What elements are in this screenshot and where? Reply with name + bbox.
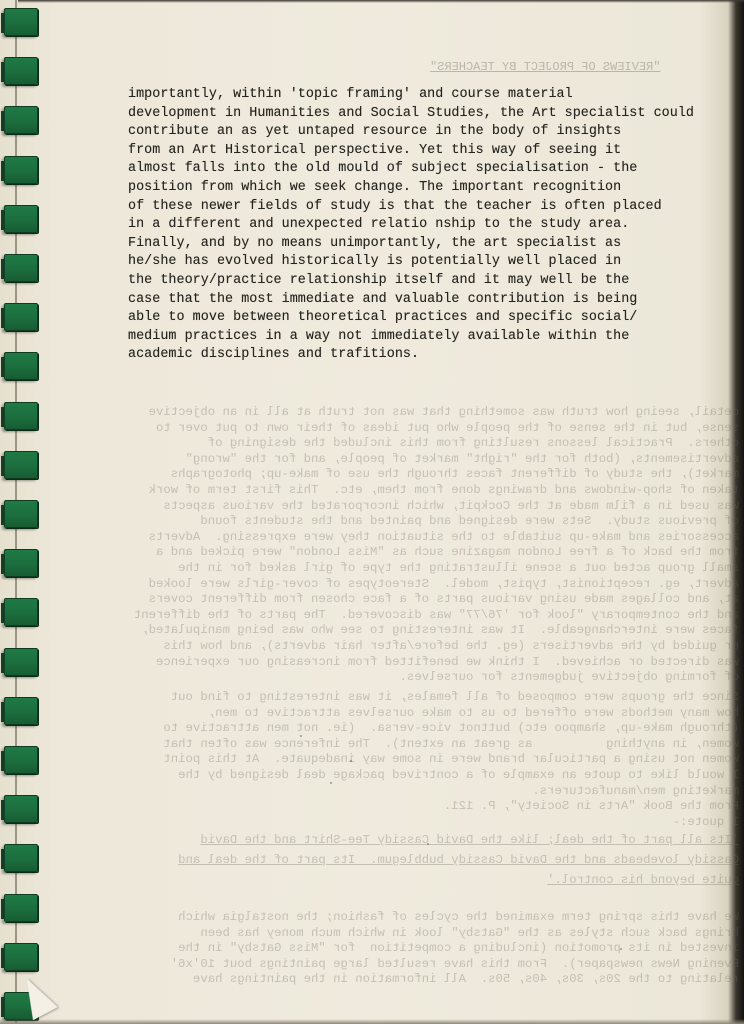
comb-binding-tab bbox=[4, 500, 38, 528]
text-line: in a different and unexpected relatio ns… bbox=[128, 216, 694, 235]
typewritten-paragraph: importantly, within 'topic framing' and … bbox=[128, 86, 694, 365]
show-through-block-1: detail, seeing how truth was something t… bbox=[134, 405, 739, 686]
document-page: "REVIEWS OF PROJECT BY TEACHERS" detail,… bbox=[0, 0, 744, 1024]
ink-speck bbox=[620, 948, 622, 950]
comb-binding-tab bbox=[4, 106, 38, 134]
text-line: importantly, within 'topic framing' and … bbox=[128, 86, 694, 105]
text-line: he/she has evolved historically is poten… bbox=[128, 253, 694, 272]
comb-binding-tab bbox=[4, 894, 38, 922]
comb-binding bbox=[0, 0, 40, 1024]
comb-binding-tab bbox=[4, 746, 38, 774]
text-line: case that the most immediate and valuabl… bbox=[128, 291, 694, 310]
comb-binding-tab bbox=[4, 156, 38, 184]
page-bottom-shadow bbox=[0, 1019, 744, 1024]
comb-binding-tab bbox=[4, 598, 38, 626]
text-line: academic disciplines and trafitions. bbox=[128, 346, 694, 365]
ink-speck bbox=[300, 735, 302, 737]
show-through-block-2: Since the groups were composed of all fe… bbox=[163, 690, 739, 830]
comb-binding-tab bbox=[4, 254, 38, 282]
comb-binding-tab bbox=[4, 549, 38, 577]
comb-binding-tab bbox=[4, 795, 38, 823]
show-through-header: "REVIEWS OF PROJECT BY TEACHERS" bbox=[430, 60, 660, 74]
text-line: of these newer fields of study is that t… bbox=[128, 198, 694, 217]
comb-binding-tab bbox=[4, 648, 38, 676]
comb-binding-tab bbox=[4, 57, 38, 85]
ink-speck bbox=[427, 843, 429, 845]
text-line: Finally, and by no means unimportantly, … bbox=[128, 235, 694, 254]
show-through-block-3: We have this spring term examined the cy… bbox=[171, 910, 739, 988]
comb-binding-tab bbox=[4, 402, 38, 430]
comb-binding-tab bbox=[4, 8, 38, 36]
text-line: development in Humanities and Social Stu… bbox=[128, 105, 694, 124]
text-line: contribute an as yet untaped resource in… bbox=[128, 123, 694, 142]
comb-binding-tab bbox=[4, 943, 38, 971]
comb-binding-tab bbox=[4, 697, 38, 725]
comb-binding-tab bbox=[4, 352, 38, 380]
show-through-quote: 'Its all part of the deal; like the Davi… bbox=[178, 830, 739, 890]
text-line: the theory/practice relationship itself … bbox=[128, 272, 694, 291]
comb-binding-tab bbox=[4, 205, 38, 233]
comb-binding-tab bbox=[4, 451, 38, 479]
text-line: almost falls into the old mould of subje… bbox=[128, 160, 694, 179]
ink-speck bbox=[330, 782, 332, 784]
text-line: position from which we seek change. The … bbox=[128, 179, 694, 198]
comb-binding-tab bbox=[4, 844, 38, 872]
comb-binding-tab bbox=[4, 303, 38, 331]
text-line: able to move between theoretical practic… bbox=[128, 309, 694, 328]
text-line: medium practices in a way not immediatel… bbox=[128, 328, 694, 347]
ink-speck bbox=[350, 760, 352, 762]
text-line: from an Art Historical perspective. Yet … bbox=[128, 142, 694, 161]
page-top-shadow bbox=[18, 0, 744, 3]
